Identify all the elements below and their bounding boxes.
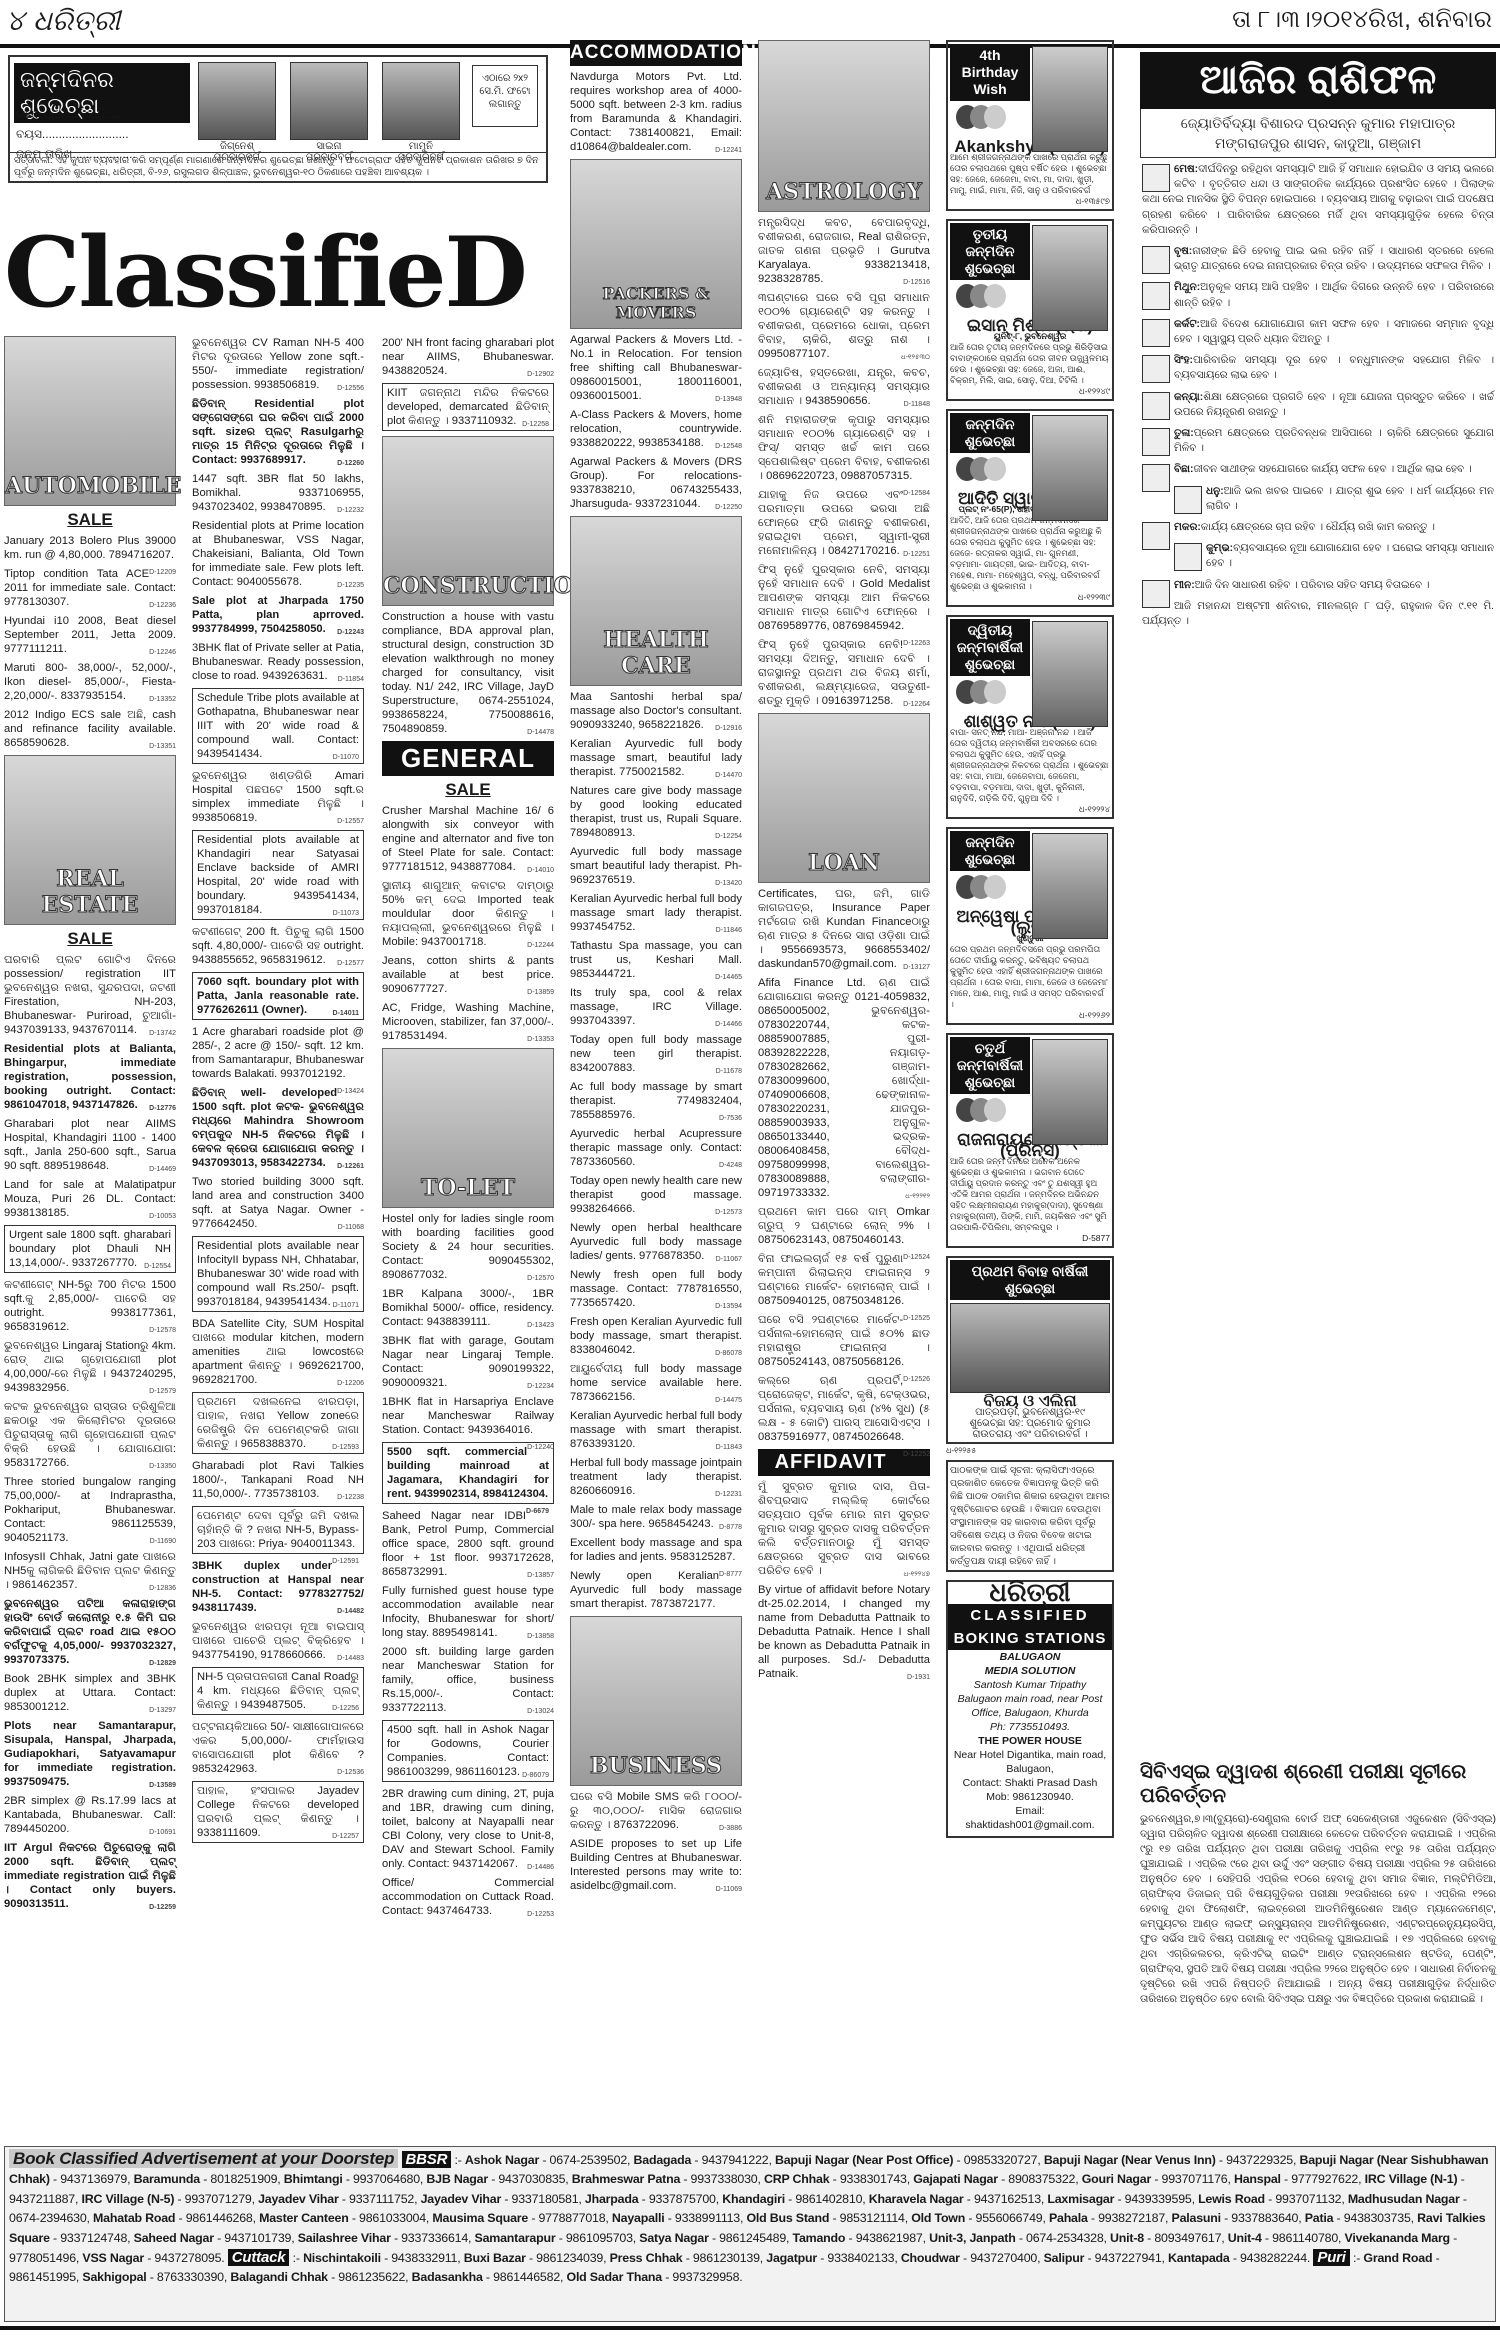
zodiac-entry: ବୃଷ:ନାରୀଙ୍କ ଛିଡି ହେବାକୁ ପାଇ ଭଲ ରହିବ ନାହି…: [1142, 244, 1494, 274]
wishes-list: 4th Birthday WishAkankshya (Saina)ଆମେ ଶ୍…: [946, 40, 1114, 1248]
automobile-image: AUTOMOBILE: [4, 336, 176, 506]
ad-id: D-12251: [903, 548, 930, 562]
ad-id: D-12206: [337, 1377, 364, 1391]
zodiac-icon: [1142, 428, 1170, 456]
ad-id: D-11854: [338, 673, 364, 687]
classified-ad: Keralian Ayurvedic herbal full body mass…: [570, 1409, 742, 1451]
zodiac-entry: ମକର:କାର୍ଯ୍ୟ କ୍ଷେତ୍ରରେ ଚାପ ରହିବ । ଧୈର୍ଯ୍ୟ…: [1142, 520, 1494, 535]
construction-image: CONSTRUCTION: [382, 436, 554, 606]
news-body: ଭୁବନେଶ୍ୱର,୭।୩(ବ୍ୟୁରୋ)-ସେଣ୍ଟ୍ରାଲ ବୋର୍ଡ ଅଫ…: [1140, 1812, 1496, 2007]
zodiac-icon: [1142, 355, 1170, 383]
zodiac-icon: [1174, 486, 1202, 514]
ad-id: D-86079: [522, 1769, 549, 1783]
zodiac-entry: ମେଷ:ଦୀର୍ଘଦିନରୁ ରହିଥିବା ସମସ୍ୟାଟି ଆଜି ହିଁ …: [1142, 162, 1494, 238]
ad-id: D-12259: [149, 1901, 176, 1915]
column-accommodation-health: ACCOMMODATION Navdurga Motors Pvt. Ltd. …: [570, 40, 742, 1898]
ad-id: D-7536: [719, 1112, 742, 1126]
ad-id: D-12591: [332, 1555, 359, 1569]
birthday-coupon: ଜନ୍ମଦିନର ଶୁଭେଚ୍ଛା ନାମ...................…: [8, 55, 548, 183]
classified-ad: ୩ଘଣ୍ଟାରେ ଘରେ ବସି ପୂରା ସମାଧାନ ୧୦୦% ଗ୍ୟାରେ…: [758, 291, 930, 361]
city-label: Cuttack: [228, 2249, 290, 2266]
horoscope-section: ଆଜିର ରାଶିଫଳ ଜ୍ୟୋତିର୍ବିଦ୍ୟା ବିଶାରଦ ପ୍ରସନ୍…: [1140, 52, 1496, 633]
astrology-image: ASTROLOGY: [758, 40, 930, 212]
ad-id: D-14482: [337, 1605, 364, 1619]
classified-ad: Two storied building 3000 sqft. land are…: [192, 1175, 364, 1231]
classified-ad: Fresh open Keralian Ayurvedic full body …: [570, 1315, 742, 1357]
ad-id: ଧ-୧୨୨୪୭: [904, 1568, 930, 1582]
birthday-wish: ଦ୍ୱିତୀୟ ଜନ୍ମବାର୍ଷିକୀ ଶୁଭେଚ୍ଛାଶାଶ୍ୱତ ନନ୍ଦ…: [946, 615, 1114, 819]
ad-id: D-13742: [149, 1027, 176, 1041]
zodiac-entry: କନ୍ୟା:ଶିକ୍ଷା କ୍ଷେତ୍ରରେ ପ୍ରଗତି ହେବ । ନୂଆ …: [1142, 390, 1494, 420]
classified-ad: Its truly spa, cool & relax massage, IRC…: [570, 986, 742, 1028]
classified-ad: 1 Acre gharabari roadside plot @ 285/-, …: [192, 1025, 364, 1081]
classified-ad: BDA Satellite City, SUM Hospital ପାଖରେ m…: [192, 1317, 364, 1387]
packers-ads: Agarwal Packers & Movers Ltd. - No.1 in …: [570, 333, 742, 511]
ad-id: D-12579: [149, 1385, 176, 1399]
classified-ad: A-Class Packers & Movers, home relocatio…: [570, 408, 742, 450]
classified-ad: Urgent sale 1800 sqft. gharabari boundar…: [4, 1225, 176, 1273]
ad-id: D-12243: [337, 626, 364, 640]
zodiac-entry: ବିଛା:ଜୀବନ ସାଥୀଙ୍କ ସହଯୋଗରେ କାର୍ଯ୍ୟ ସଫଳ ହେ…: [1142, 462, 1494, 477]
column-astrology-loan-affidavit: ASTROLOGY ମନ୍ତ୍ରସିଦ୍ଧ କବଚ, ବେପାରବୃଦ୍ଧି, …: [758, 40, 930, 1686]
loan-ads: Certificates, ଘର, ଜମି, ଗାଡି କାଗଜପତ୍ର, In…: [758, 887, 930, 1444]
packers-movers-image: PACKERS & MOVERS: [570, 159, 742, 329]
photo-caption-name: ମାମୁନି: [376, 141, 466, 152]
ad-id: D-6679: [526, 1505, 549, 1519]
zodiac-icon: [1142, 246, 1170, 274]
issue-date: ତା ୮।୩।୨୦୧୪ରିଖ, ଶନିବାର: [1232, 6, 1492, 34]
classified-ad: Agarwal Packers & Movers Ltd. - No.1 in …: [570, 333, 742, 403]
column-property-ads: ଭୁବନେଶ୍ୱର CV Raman NH-5 400 ମିଟର ଦୂରତାରେ…: [192, 336, 364, 1848]
classified-ad: Maa Santoshi herbal spa/ massage also Do…: [570, 690, 742, 732]
classified-ad: AC, Fridge, Washing Machine, Microoven, …: [382, 1001, 554, 1043]
horoscope-body: ମେଷ:ଦୀର୍ଘଦିନରୁ ରହିଥିବା ସମସ୍ୟାଟି ଆଜି ହିଁ …: [1140, 158, 1496, 633]
ad-id: D-12577: [337, 957, 364, 971]
classified-ad: Keralian Ayurvedic herbal full body mass…: [570, 892, 742, 934]
ad-id: D-12526: [903, 1373, 930, 1387]
classified-ad: Ac full body massage by smart therapist.…: [570, 1080, 742, 1122]
tolet-ads: Hostel only for ladies single room with …: [382, 1212, 554, 1918]
ad-id: D-14483: [337, 1652, 364, 1666]
zodiac-icon: [1142, 164, 1170, 192]
classified-ad: ପେମେଣ୍ଟ ଦେବା ପୂର୍ବରୁ ଜମି ଦଖଲ ଚାହାଁନ୍ତି କ…: [192, 1506, 364, 1554]
property-ads: ଭୁବନେଶ୍ୱର CV Raman NH-5 400 ମିଟର ଦୂରତାରେ…: [192, 336, 364, 1843]
accommodation-ad: Navdurga Motors Pvt. Ltd. requires works…: [570, 70, 742, 154]
ad-id: D-14010: [527, 864, 554, 878]
classified-ad: Gharabadi plot Ravi Talkies 1800/-, Tank…: [192, 1459, 364, 1501]
ad-id: D-13297: [149, 1704, 176, 1718]
health-label: HEALTH CARE: [571, 627, 741, 679]
ad-id: D-11073: [333, 907, 359, 921]
automobile-ads: January 2013 Bolero Plus 39000 km. run @…: [4, 534, 176, 750]
child-photo: [198, 62, 276, 140]
loan-label: LOAN: [759, 850, 929, 876]
ad-id: D-12516: [903, 276, 930, 290]
birthday-wish: ଜନ୍ମଦିନ ଶୁଭେଚ୍ଛାଆଦିତି ସ୍ୱାଇଁ (ମାମୁନି)ପ୍ଲ…: [946, 409, 1114, 607]
classified-ad: ପାହାଳ, ହଂସପାଳର Jayadev College ନିକଟରେ de…: [192, 1781, 364, 1843]
classified-ad: କଟଣୀଗେଟ୍ 200 ft. ପିଚୁକୁ ଲାଗି 1500 sqft. …: [192, 925, 364, 967]
ad-id: D-13594: [715, 1300, 742, 1314]
health-ads: Maa Santoshi herbal spa/ massage also Do…: [570, 690, 742, 1611]
classified-ad: Excellent body massage and spa for ladie…: [570, 1536, 742, 1564]
classified-ad: 1BHK flat in Harsapriya Enclave near Man…: [382, 1395, 554, 1437]
classified-ad: Three storied bungalow ranging 75,00,000…: [4, 1475, 176, 1545]
packers-label: PACKERS & MOVERS: [571, 284, 741, 322]
classified-ad: 2BR simplex @ Rs.17.99 lacs at Kantabada…: [4, 1794, 176, 1836]
classified-ad: ପଟ୍ଟନାୟକିଆରେ 50/- ସାକ୍ଷୀଗୋପାଳରେ ଏକର 5,00…: [192, 1720, 364, 1776]
couple-name: ବିଜୟ ଓ ଏଲିନା: [950, 1396, 1110, 1407]
classified-ad: ଛିଡିବାନ୍ Residential plot ସଙ୍ଗେସଙ୍ଗେ ଘର …: [192, 397, 364, 467]
ad-id: D-12246: [149, 646, 176, 660]
ad-id: D-11678: [716, 1065, 742, 1079]
ad-id: D-12554: [144, 1260, 171, 1274]
realestate-image: REAL ESTATE: [4, 755, 176, 925]
classified-ad: Crusher Marshal Machine 16/ 6 alongwith …: [382, 804, 554, 874]
construction-ad: Construction a house with vastu complian…: [382, 610, 554, 736]
ad-id: D-12264: [903, 698, 930, 712]
zodiac-entry: ମିଥୁନ:ଅନୁକୂଳ ସମୟ ଆସି ପହଞ୍ଚିବ । ଆର୍ଥିକ ଦି…: [1142, 280, 1494, 310]
ad-id: D-14470: [715, 769, 742, 783]
zodiac-icon: [1142, 282, 1170, 310]
anniversary-body: ଶୁଭେଚ୍ଛା ସହ: ପ୍ରମୋଦ କୁମାର ରାଉତରାୟ ଏବଂ ପର…: [950, 1418, 1110, 1440]
classified-ad: Schedule Tribe plots available at Gothap…: [192, 688, 364, 764]
ad-id: D-12557: [337, 815, 364, 829]
classified-ad: ଭୁବନେଶ୍ୱର CV Raman NH-5 400 ମିଟର ଦୂରତାରେ…: [192, 336, 364, 392]
classified-banner: ClassifieD: [4, 218, 552, 328]
classified-ad: NH-5 ପ୍ରତାପନଗରୀ Canal Roadରୁ 4 km. ମଧ୍ୟର…: [192, 1667, 364, 1715]
birthday-wish: ତୃତୀୟ ଜନ୍ମଦିନ ଶୁଭେଚ୍ଛାଇସାନ୍ ମିଶ୍ର (ଋଷି)ୟ…: [946, 219, 1114, 401]
classified-ad: Newly fresh open full body massage. Cont…: [570, 1268, 742, 1310]
classified-ad: January 2013 Bolero Plus 39000 km. run @…: [4, 534, 176, 562]
ad-id: D-12570: [527, 1272, 554, 1286]
sale-heading: SALE: [4, 510, 176, 530]
classified-ad: ମନ୍ତ୍ରସିଦ୍ଧ କବଚ, ବେପାରବୃଦ୍ଧି, ବଶୀକରଣ, ରୋ…: [758, 216, 930, 286]
classified-ad: ସ୍ଥାନୀୟ ଶାଗୁଆନ୍ କବାଟର ଦାମ୍‌ଠାରୁ 50% କମ୍ …: [382, 879, 554, 949]
ad-id: D-12524: [903, 1251, 930, 1265]
classified-ad: Male to male relax body massage 300/- sp…: [570, 1503, 742, 1531]
general-heading: GENERAL: [382, 741, 554, 776]
ad-id: D-12536: [337, 1766, 364, 1780]
classified-ad: Keralian Ayurvedic full body massage sma…: [570, 737, 742, 779]
classified-ad: Newly open herbal healthcare Ayurvedic f…: [570, 1221, 742, 1263]
zodiac-entry: କୁମ୍ଭ:ବ୍ୟବସାୟରେ ନୂଆ ଯୋଗାଯୋଗ ହେବ । ଘରୋଇ ସ…: [1142, 541, 1494, 571]
sale-heading: SALE: [382, 780, 554, 800]
classified-ad: 7060 sqft. boundary plot with Patta, Jan…: [192, 972, 364, 1020]
ad-id: D-13353: [527, 1033, 554, 1047]
classified-ad: ଭୁବନେଶ୍ୱର ପଟିଆ କଳାରାହାଙ୍ଗ ହାଉସିଂ ବୋର୍ଡ କ…: [4, 1597, 176, 1667]
child-photo: [1032, 46, 1108, 152]
child-photo: [1032, 833, 1108, 939]
zodiac-entry: ଧନୁ:ଆଜି ଭଲ ଖବର ପାଇବେ । ଯାତ୍ରା ଶୁଭ ହେବ । …: [1142, 484, 1494, 514]
sale-heading: SALE: [4, 929, 176, 949]
classified-ad: Residential plots available at Khandagir…: [192, 830, 364, 920]
zodiac-entry: ମୀନ:ଆଜି ଦିନ ସାଧାରଣ ରହିବ । ପରିବାର ସହିତ ସମ…: [1142, 578, 1494, 593]
ad-id: D-13948: [715, 393, 742, 407]
classified-ad: Ayurvedic herbal Acupressure therapic ma…: [570, 1127, 742, 1169]
ad-id: D-12902: [527, 368, 554, 382]
classified-ad: IIT Argul ନିକଟରେ ପିଚୁରୋଡ୍‌କୁ ଲାଗି 2000 s…: [4, 1841, 176, 1911]
classified-ad: ଘରେ ବସି Mobile SMS କରି ୮୦୦୦/- ରୁ ୩୦,୦୦୦/…: [570, 1790, 742, 1832]
page-header: ୪ ଧରିତ୍ରୀ ତା ୮।୩।୨୦୧୪ରିଖ, ଶନିବାର: [0, 0, 1500, 46]
construction-label: CONSTRUCTION: [383, 573, 553, 599]
tolet-image: TO-LET: [382, 1048, 554, 1208]
age-field: ବୟସ..........................: [16, 127, 129, 142]
ad-id: D-14011: [333, 1007, 359, 1021]
classified-ad: Hyundai i10 2008, Beat diesel September …: [4, 614, 176, 656]
classified-ad: Agarwal Packers & Movers (DRS Group). Fo…: [570, 455, 742, 511]
ad-id: ଧ-୧୨୫୩୦: [901, 351, 930, 365]
ad-id: D-10691: [149, 1826, 176, 1840]
classified-ad: Certificates, ଘର, ଜମି, ଗାଡି କାଗଜପତ୍ର, In…: [758, 887, 930, 971]
classified-ad: Office/ Commercial accommodation on Cutt…: [382, 1876, 554, 1918]
business-image: BUSINESS: [570, 1616, 742, 1786]
classified-ad: 2000 sft. building large garden near Man…: [382, 1645, 554, 1715]
plot-ads: 200' NH front facing gharabari plot near…: [382, 336, 554, 431]
classified-ad: 4500 sqft. hall in Ashok Nagar for Godow…: [382, 1720, 554, 1782]
classified-ad: Sale plot at Jharpada 1750 Patta, plan a…: [192, 594, 364, 636]
astrologer-name: ଜ୍ୟୋତିର୍ବିଦ୍ୟା ବିଶାରଦ ପ୍ରସନ୍ନ କୁମାର ମହାପ…: [1141, 113, 1495, 133]
ad-id: D-12573: [715, 1206, 742, 1220]
business-ads: ଘରେ ବସି Mobile SMS କରି ୮୦୦୦/- ରୁ ୩୦,୦୦୦/…: [570, 1790, 742, 1893]
classified-ad: ଫିସ୍ ନୁହେଁ ପୁରସ୍କାର ନେବି, ସମସ୍ୟା ନୁହେଁ ସ…: [758, 563, 930, 633]
birthday-wish: ଚତୁର୍ଥ ଜନ୍ମବାର୍ଷିକୀ ଶୁଭେଚ୍ଛାରାଜନାରାୟଣ ମେ…: [946, 1033, 1114, 1248]
ad-id: ଧ-୧୨୨୫୫: [946, 1446, 1114, 1456]
ad-id: D-4248: [719, 1159, 742, 1173]
ad-id: D-12240: [527, 1441, 554, 1455]
birthday-wish: 4th Birthday WishAkankshya (Saina)ଆମେ ଶ୍…: [946, 40, 1114, 211]
ad-id: D-12263: [903, 637, 930, 651]
ad-id: D-3886: [719, 1822, 742, 1836]
photo-caption-name: ସାଇନା: [284, 141, 374, 152]
classified-ad: ଘରବାରି ପ୍ଲଟ ଗୋଟିଏ ଦିନରେ possession/ regi…: [4, 953, 176, 1037]
birthday-wish: ଜନ୍ମଦିନ ଶୁଭେଚ୍ଛାଅନ୍ୱେଷା ପ୍ରିୟଦର୍ଶିନୀ (ଲୁ…: [946, 827, 1114, 1025]
classified-ad: ଜ୍ୟୋତିଷ, ହସ୍ତରେଖା, ଯନ୍ତ୍ର, କବଚ, ବଶୀକରଣ ଓ…: [758, 366, 930, 408]
anniversary-title: ପ୍ରଥମ ବିବାହ ବାର୍ଷିକୀ ଶୁଭେଚ୍ଛା: [950, 1260, 1110, 1300]
child-photo: [382, 62, 460, 140]
zodiac-entry: ତୁଳା:ପ୍ରେମ କ୍ଷେତ୍ରରେ ପ୍ରତିବନ୍ଧକ ଆସିପାରେ …: [1142, 426, 1494, 456]
ad-id: D-8778: [719, 1521, 742, 1535]
dharitri-logo: ଧରିତ୍ରୀ: [948, 1582, 1112, 1604]
classified-ad: Today open newly health care new therapi…: [570, 1174, 742, 1216]
classified-ad: Herbal full body massage jointpain treat…: [570, 1456, 742, 1498]
ad-id: D-12234: [527, 1380, 554, 1394]
ad-id: D-13352: [149, 693, 176, 707]
ad-id: D-14486: [527, 1861, 554, 1875]
ad-id: D-13024: [527, 1705, 554, 1719]
ad-id: D-12254: [715, 830, 742, 844]
affidavit-ads: ମୁଁ ସୁବ୍ରତ କୁମାର ଦାସ, ପିତା- ଶିବପ୍ରସାଦ ମଲ…: [758, 1480, 930, 1681]
child-photo: [1032, 415, 1108, 521]
ad-id: D-13127: [903, 961, 930, 975]
ad-id: D-11068: [338, 1221, 364, 1235]
booking-subheading: BOKING STATIONS: [948, 1627, 1112, 1650]
zodiac-entry: କର୍କଟ:ଆଜି ବିଦେଶ ଯୋଗାଯୋଗ କାମ ସଫଳ ହେବ । ସମ…: [1142, 317, 1494, 347]
ad-id: D-8777: [719, 1568, 742, 1582]
classified-ad: ଆୟୁର୍ବେଦୀୟ full body massage home servic…: [570, 1362, 742, 1404]
classified-ad: 3BHK flat with garage, Goutam Nagar near…: [382, 1334, 554, 1390]
horoscope-title: ଆଜିର ରାଶିଫଳ: [1140, 52, 1496, 109]
ad-id: D-12250: [715, 501, 742, 515]
readers-notice: ପାଠକଙ୍କ ପାଇଁ ସୂଚନା: କ୍ଲାସିଫାଏଡ୍‌ରେ ପ୍ରକା…: [946, 1460, 1114, 1572]
ad-id: D-12257: [332, 1830, 359, 1844]
ad-id: D-12829: [149, 1657, 176, 1671]
ad-id: D-13350: [149, 1460, 176, 1474]
ad-id: D-13351: [149, 740, 176, 754]
ad-id: D-11067: [716, 1253, 742, 1267]
ad-id: D-12548: [715, 440, 742, 454]
ad-id: D-1931: [907, 1671, 930, 1685]
realestate-label: REAL ESTATE: [5, 866, 175, 918]
couple-photo: [950, 1303, 1110, 1393]
ad-id: D-12556: [337, 382, 364, 396]
ad-id: D-12252: [903, 1448, 930, 1462]
astrology-ads: ମନ୍ତ୍ରସିଦ୍ଧ କବଚ, ବେପାରବୃଦ୍ଧି, ବଶୀକରଣ, ରୋ…: [758, 216, 930, 708]
ad-id: D-14469: [149, 1163, 176, 1177]
zodiac-icon: [1142, 392, 1170, 420]
accommodation-heading: ACCOMMODATION: [570, 40, 742, 66]
ad-id: D-13859: [527, 986, 554, 1000]
ad-id: D-13423: [527, 1319, 554, 1333]
classified-ad: Plots near Samantarapur, Sisupala, Hansp…: [4, 1719, 176, 1789]
classified-ad: ଭୁବନେଶ୍ୱର ଝାରପଡ଼ା ନୂଆ ବାଇପାସ୍ ପାଖରେ ପାଚେ…: [192, 1620, 364, 1662]
classified-ad: InfosysII Chhak, Jatni gate ପାଖରେ NH5କୁ …: [4, 1550, 176, 1592]
ad-id: D-12253: [527, 1908, 554, 1922]
ad-id: D-12916: [715, 722, 742, 736]
zodiac-icon: [1142, 580, 1170, 608]
classified-ad: Ayurvedic full body massage smart beauti…: [570, 845, 742, 887]
ad-id: D-12236: [149, 599, 176, 613]
classified-ad: Maruti 800- 38,000/-, 52,000/-, Ikon die…: [4, 661, 176, 703]
ad-id: D-12235: [337, 579, 364, 593]
ad-id: D-13420: [715, 877, 742, 891]
bottom-rule: [0, 2326, 1500, 2330]
news-headline: ସିବିଏସ୍‌ଇ ଦ୍ୱାଦଶ ଶ୍ରେଣୀ ପରୀକ୍ଷା ସୂଚୀରେ ପ…: [1140, 1760, 1496, 1808]
anniversary-wish: ପ୍ରଥମ ବିବାହ ବାର୍ଷିକୀ ଶୁଭେଚ୍ଛା ବିଜୟ ଓ ଏଲି…: [946, 1256, 1114, 1444]
ad-id: D-12232: [337, 504, 364, 518]
classified-ad: Jeans, cotton shirts & pants available a…: [382, 954, 554, 996]
classified-ad: 2BR drawing cum dining, 2T, puja and 1BR…: [382, 1787, 554, 1871]
ad-id: D-13589: [149, 1779, 176, 1793]
ad-id: D-11690: [150, 1535, 176, 1549]
classified-ad: Newly open Keralian Ayurvedic full body …: [570, 1569, 742, 1611]
ad-id: D-11848: [904, 398, 930, 412]
booking-details: BALUGAONMEDIA SOLUTIONSantosh Kumar Trip…: [948, 1650, 1112, 1832]
ad-id: D-12209: [149, 566, 176, 580]
classified-ad: Gharabari plot near AIIMS Hospital, Khan…: [4, 1117, 176, 1173]
ad-id: D-12776: [149, 1102, 176, 1116]
classified-ad: Hostel only for ladies single room with …: [382, 1212, 554, 1282]
ad-id: D-12238: [337, 1491, 364, 1505]
classified-ad: Today open full body massage new teen gi…: [570, 1033, 742, 1075]
photo-placeholder: ଏଠାରେ ୨x୨ ସେ.ମି. ଫଟୋ ଲଗାନ୍ତୁ: [472, 65, 538, 127]
booking-heading: CLASSIFIED: [948, 1604, 1112, 1627]
classified-ad: Saheed Nagar near IDBI Bank, Petrol Pump…: [382, 1509, 554, 1579]
ad-id: D-12578: [149, 1324, 176, 1338]
astrology-label: ASTROLOGY: [759, 179, 929, 205]
ad-id: D-11070: [333, 751, 359, 765]
ad-id: D-12260: [337, 457, 364, 471]
zodiac-entry: ସିଂହ:ପାରିବାରିକ ସମସ୍ୟା ଦୂର ହେବ । ବନ୍ଧୁମାନ…: [1142, 353, 1494, 383]
classified-ad: Tathastu Spa massage, you can trust us, …: [570, 939, 742, 981]
classified-ad: ମୁଁ ସୁବ୍ରତ କୁମାର ଦାସ, ପିତା- ଶିବପ୍ରସାଦ ମଲ…: [758, 1480, 930, 1578]
zodiac-icon: [1174, 543, 1202, 571]
ad-id: D-11069: [716, 1883, 742, 1897]
ad-id: D-10053: [149, 1210, 176, 1224]
tolet-label: TO-LET: [383, 1175, 553, 1201]
photo-caption-name: ଜିଗ୍ନେଶ୍: [192, 141, 282, 152]
ad-id: D-12244: [527, 939, 554, 953]
child-photo: [1032, 621, 1108, 727]
classified-ad: ପ୍ରଥମେ କାମ ପରେ ଦାମ୍ Omkar ଗ୍ରୁପ୍ ୨ ଘଣ୍ଟା…: [758, 1205, 930, 1247]
classified-ad: By virtue of affidavit before Notary dt-…: [758, 1583, 930, 1681]
classified-ad: ଭୁବନେଶ୍ୱର Lingaraj Stationରୁ 4km. ରୋଡ୍ ଥ…: [4, 1339, 176, 1395]
column-automobile-realestate: AUTOMOBILE SALE January 2013 Bolero Plus…: [4, 336, 176, 1916]
zodiac-icon: [1142, 464, 1170, 492]
classified-ad: Afifa Finance Ltd. ଋଣ ପାଇଁ ଯୋଗାଯୋଗ କରନ୍ତ…: [758, 976, 930, 1200]
ad-id: D-12593: [332, 1441, 359, 1455]
child-photo: [290, 62, 368, 140]
couple-address: ପାତ୍ରପଡ଼ା, ଭୁବନେଶ୍ୱର-୧୯: [950, 1407, 1110, 1418]
ad-id: D-12261: [337, 1160, 364, 1174]
horoscope-author: ଜ୍ୟୋତିର୍ବିଦ୍ୟା ବିଶାରଦ ପ୍ରସନ୍ନ କୁମାର ମହାପ…: [1140, 109, 1496, 158]
column-wishes: 4th Birthday WishAkankshya (Saina)ଆମେ ଶ୍…: [946, 40, 1114, 1838]
classified-ad: 3BHK flat of Private seller at Patia, Bh…: [192, 641, 364, 683]
ad-id: D-12258: [522, 418, 549, 432]
ad-id: D-12231: [715, 1488, 742, 1502]
classified-ad: Book 2BHK simplex and 3BHK duplex at Utt…: [4, 1672, 176, 1714]
booking-stations-box: ଧରିତ୍ରୀ CLASSIFIED BOKING STATIONS BALUG…: [946, 1580, 1114, 1838]
ad-id: D-12525: [903, 1312, 930, 1326]
classified-ad: କଟଣୀଗେଟ୍ NH-5ରୁ 700 ମିଟର 1500 sqft.କୁ 2,…: [4, 1278, 176, 1334]
classified-ad: Residential plots available near Infocit…: [192, 1236, 364, 1312]
health-care-image: HEALTH CARE: [570, 516, 742, 686]
classified-ad: Fully furnished guest house type accommo…: [382, 1584, 554, 1640]
classified-ad: ଭୁବନେଶ୍ୱର ଖଣ୍ଡଗିରି Amari Hospital ପଛପଟେ …: [192, 769, 364, 825]
classified-ad: Land for sale at Malatipatpur Mouza, Pur…: [4, 1178, 176, 1220]
ad-id: D-14466: [715, 1018, 742, 1032]
zodiac-icon: [1142, 319, 1170, 347]
ad-id: D-11843: [716, 1441, 742, 1455]
ad-id: ଧ-୧୨୨୧୨: [905, 1190, 930, 1204]
ad-id: D-12256: [332, 1702, 359, 1716]
classified-ad: 200' NH front facing gharabari plot near…: [382, 336, 554, 378]
zodiac-icon: [1142, 522, 1170, 550]
business-label: BUSINESS: [571, 1753, 741, 1779]
ad-id: D-12584: [903, 487, 930, 501]
child-photo: [1032, 1039, 1108, 1145]
loan-image: LOAN: [758, 713, 930, 883]
ad-id: D-12836: [149, 1582, 176, 1596]
classified-ad: Residential plots at Balianta, Bhingarpu…: [4, 1042, 176, 1112]
ad-id: D-11846: [716, 924, 742, 938]
classified-ad: 1447 sqft. 3BR flat 50 lakhs, Bomikhal. …: [192, 472, 364, 514]
news-article: ସିବିଏସ୍‌ଇ ଦ୍ୱାଦଶ ଶ୍ରେଣୀ ପରୀକ୍ଷା ସୂଚୀରେ ପ…: [1140, 1760, 1496, 2007]
ad-id: D-14465: [715, 971, 742, 985]
classified-ad: ASIDE proposes to set up Life Building C…: [570, 1837, 742, 1893]
coupon-terms: ସର୍ତ୍ତାବଳୀ: ଏହି କୁପନ ବ୍ୟବହାର କରି ସମ୍ପୂର୍…: [10, 152, 546, 181]
ad-id: D-14475: [715, 1394, 742, 1408]
city-label: Puri: [1313, 2249, 1349, 2266]
ad-id: D-13424: [337, 1085, 364, 1099]
page-number-masthead: ୪ ଧରିତ୍ରୀ: [6, 4, 120, 38]
classified-ad: କଟକ ଭୁବନେଶ୍ୱର ରାସ୍ତାର ତ୍ରିଶୁଳିଆ ଛକଠାରୁ ଏ…: [4, 1400, 176, 1470]
ad-id: D-13857: [527, 1569, 554, 1583]
ad-id: D-86078: [715, 1347, 742, 1361]
classified-ad: 1BR Kalpana 3000/-, 1BR Bomikhal 5000/- …: [382, 1287, 554, 1329]
booking-footer: Book Classified Advertisement at your Do…: [4, 2146, 1496, 2322]
astrologer-place: ମଙ୍ଗରାଜପୁର ଶାସନ, କାଦୁଆ, ଗଞ୍ଜାମ: [1141, 133, 1495, 153]
classified-ad: Natures care give body massage by good l…: [570, 784, 742, 840]
